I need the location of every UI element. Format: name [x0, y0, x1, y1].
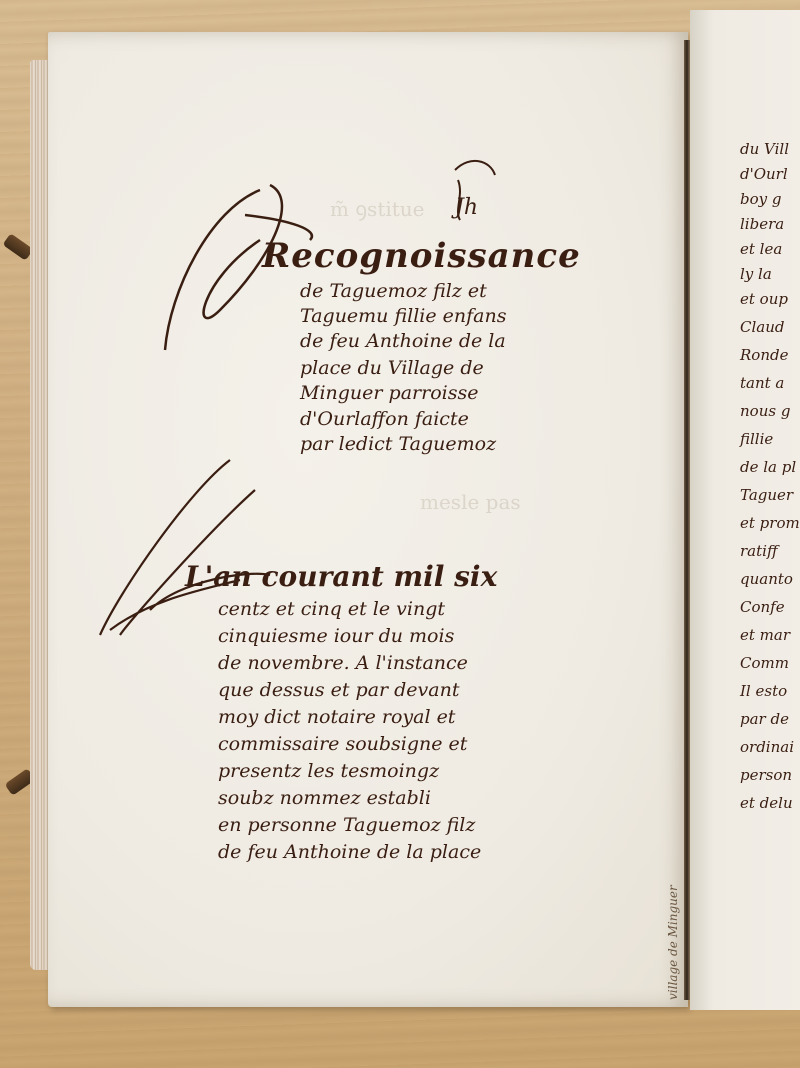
- right-page-line: ratiff: [740, 542, 778, 560]
- title-line: place du Village de: [300, 357, 484, 379]
- heading-mark: Jh: [455, 195, 478, 220]
- right-page-line: nous g: [740, 402, 790, 420]
- right-page-line: par de: [740, 710, 789, 728]
- bleed-through-text: mesle pas: [420, 490, 521, 514]
- body-line: moy dict notaire royal et: [218, 706, 455, 728]
- right-page-line: Claud: [740, 318, 784, 336]
- title-line: de Taguemoz filz et: [300, 280, 487, 302]
- right-page-line: person: [740, 766, 792, 784]
- right-page-line: ordinai: [740, 738, 794, 756]
- right-page-line: du Vill: [740, 140, 789, 158]
- title-line: par ledict Taguemoz: [300, 433, 496, 455]
- right-manuscript-page: [690, 10, 800, 1010]
- right-page-line: et lea: [740, 240, 782, 258]
- body-line: cinquiesme iour du mois: [218, 625, 454, 647]
- right-page-line: ly la: [740, 265, 772, 283]
- vertical-margin-note: village de Minguer: [666, 885, 680, 1000]
- body-line: que dessus et par devant: [218, 679, 460, 701]
- title-line: Taguemu fillie enfans: [300, 305, 506, 327]
- document-title: Recognoissance: [262, 236, 581, 276]
- right-page-line: quanto: [740, 570, 793, 588]
- body-line: commissaire soubsigne et: [218, 733, 467, 755]
- right-page-line: et delu: [740, 794, 793, 812]
- body-line: de feu Anthoine de la place: [218, 841, 481, 863]
- right-page-line: Ronde: [740, 346, 788, 364]
- right-page-line: et prom: [740, 514, 800, 532]
- right-page-line: et mar: [740, 626, 790, 644]
- right-page-line: fillie: [740, 430, 773, 448]
- right-page-line: Confe: [740, 598, 785, 616]
- decorative-flourish-l: [90, 450, 290, 650]
- title-line: Minguer parroisse: [300, 382, 478, 404]
- body-opening-line: L'an courant mil six: [185, 560, 497, 593]
- body-line: soubz nommez establi: [218, 787, 431, 809]
- body-line: presentz les tesmoingz: [218, 760, 439, 782]
- body-line: centz et cinq et le vingt: [218, 598, 445, 620]
- book-clasp-top: [3, 233, 34, 261]
- right-page-line: tant a: [740, 374, 784, 392]
- right-page-line: Comm: [740, 654, 789, 672]
- right-page-line: d'Ourl: [740, 165, 788, 183]
- body-line: de novembre. A l'instance: [218, 652, 468, 674]
- bleed-through-text: m̃ ꝯstitue: [330, 195, 425, 222]
- right-page-line: libera: [740, 215, 784, 233]
- body-line: en personne Taguemoz filz: [218, 814, 475, 836]
- title-line: de feu Anthoine de la: [300, 330, 506, 352]
- right-page-line: de la pl: [740, 458, 796, 476]
- right-page-line: boy g: [740, 190, 781, 208]
- right-page-line: Il esto: [740, 682, 787, 700]
- title-line: d'Ourlaffon faicte: [300, 408, 469, 430]
- right-page-line: Taguer: [740, 486, 793, 504]
- right-page-line: et oup: [740, 290, 788, 308]
